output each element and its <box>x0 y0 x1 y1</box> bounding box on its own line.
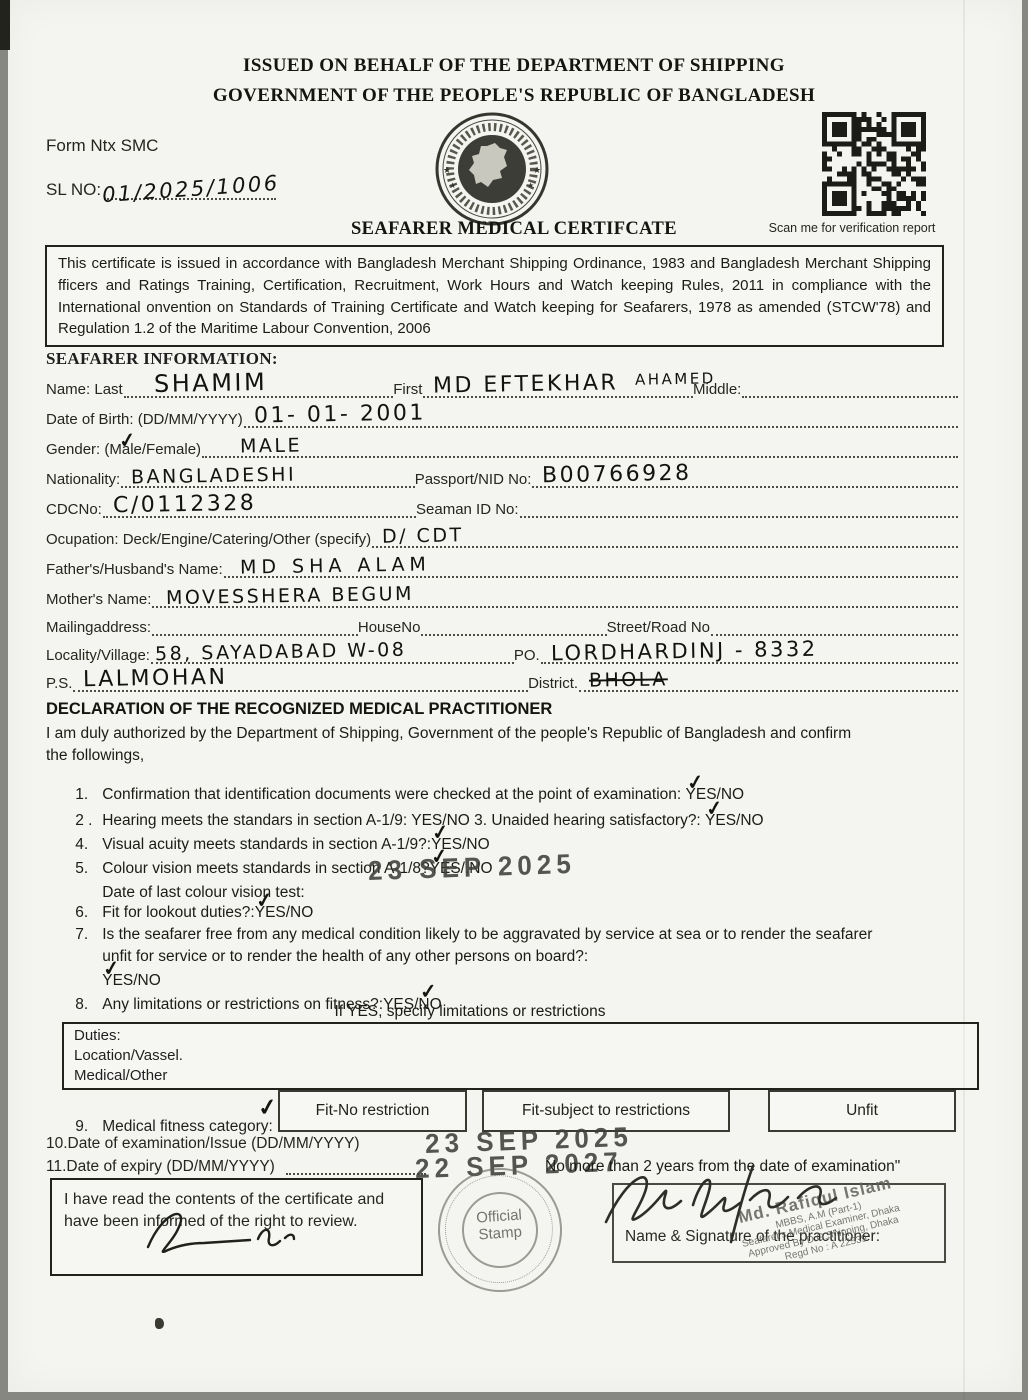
street-road-line <box>711 608 958 636</box>
po-value: LORDHARDINJ - 8332 <box>550 637 817 666</box>
father-name-value: MD SHA ALAM <box>239 553 430 578</box>
form-code: Form Ntx SMC <box>46 136 158 156</box>
duties-line-3: Medical/Other <box>74 1066 967 1086</box>
first-name-value: MD EFTEKHAR <box>433 370 619 398</box>
declaration-heading: DECLARATION OF THE RECOGNIZED MEDICAL PR… <box>46 700 552 719</box>
passport-label: Passport/NID No: <box>415 471 533 488</box>
header-line-1: ISSUED ON BEHALF OF THE DEPARTMENT OF SH… <box>0 55 1028 77</box>
scan-fold-line <box>963 0 965 1400</box>
nationality-value: BANGLADESHI <box>131 464 296 489</box>
name-row: Name: Last SHAMIM First MD EFTEKHAR AHAM… <box>46 372 958 398</box>
nationality-line: BANGLADESHI <box>121 460 415 488</box>
gender-value: MALE <box>240 434 302 457</box>
if-yes-note: If YES, specify limitations or restricti… <box>0 1003 940 1021</box>
ps-value: LALMOHAN <box>83 665 228 693</box>
mailing-address-line <box>152 608 358 636</box>
exam-date-label: 10.Date of examination/Issue (DD/MM/YYYY… <box>46 1135 360 1153</box>
father-name-label: Father's/Husband's Name: <box>46 561 224 578</box>
declaration-intro: I am duly authorized by the Department o… <box>46 723 876 768</box>
street-road-label: Street/Road No <box>607 619 711 636</box>
father-name-line: MD SHA ALAM <box>224 550 958 578</box>
dob-row: Date of Birth: (DD/MM/YYYY) 01- 01- 2001 <box>46 402 958 428</box>
serial-number-row: SL NO: 01/2025/1006 <box>46 172 276 202</box>
first-name-line: MD EFTEKHAR AHAMED <box>423 370 693 398</box>
fitness-checkmark-icon: ✓ <box>256 1093 279 1122</box>
intro-paragraph: This certificate is issued in accordance… <box>58 253 931 340</box>
first-name-extra-value: AHAMED <box>635 369 716 388</box>
seafarer-info-heading: SEAFARER INFORMATION: <box>46 349 278 369</box>
practitioner-signature <box>598 1160 898 1255</box>
scan-corner-artifact <box>0 0 10 50</box>
item-1-yes-checkmark-icon: ✓ <box>685 769 705 796</box>
district-label: District. <box>528 675 579 692</box>
mailing-address-label: Mailingaddress: <box>46 619 152 636</box>
serial-number-label: SL NO: <box>46 180 101 200</box>
middle-name-line <box>742 370 958 398</box>
locality-row: Locality/Village: 58, SAYADABAD W-08 PO.… <box>46 638 958 664</box>
dob-line: 01- 01- 2001 <box>244 400 958 428</box>
ps-label: P.S. <box>46 675 73 692</box>
fitness-option-2-label: Fit-subject to restrictions <box>522 1102 690 1120</box>
locality-label: Locality/Village: <box>46 647 151 664</box>
svg-text:★: ★ <box>533 165 541 175</box>
house-no-line <box>421 608 606 636</box>
gender-line: MALE <box>202 430 958 458</box>
duties-line-1: Duties: <box>74 1026 967 1046</box>
mother-name-value: MOVESSHERA BEGUM <box>166 583 414 609</box>
cdc-row: CDCNo: C/0112328 Seaman ID No: <box>46 492 958 518</box>
district-value: BHOLA <box>589 668 668 691</box>
locality-value: 58, SAYADABAD W-08 <box>155 639 407 665</box>
mother-name-row: Mother's Name: MOVESSHERA BEGUM <box>46 582 958 608</box>
occupation-line: D/ CDT <box>372 520 958 548</box>
passport-line: B00766928 <box>532 460 958 488</box>
gender-row: Gender: (Male/Female) MALE <box>46 432 958 458</box>
intro-paragraph-box: This certificate is issued in accordance… <box>45 245 944 347</box>
last-name-value: SHAMIM <box>153 368 267 398</box>
certificate-title: SEAFARER MEDICAL CERTIFCATE <box>0 219 1028 240</box>
district-line: BHOLA <box>579 664 958 692</box>
mailing-address-row: Mailingaddress: HouseNo Street/Road No <box>46 610 958 636</box>
svg-text:★: ★ <box>527 181 534 190</box>
nationality-row: Nationality: BANGLADESHI Passport/NID No… <box>46 462 958 488</box>
po-label: PO. <box>514 647 541 664</box>
first-name-label: First <box>393 381 423 398</box>
duties-line-2: Location/Vassel. <box>74 1046 967 1066</box>
cdc-line: C/0112328 <box>103 490 416 518</box>
government-seal-icon: ★ ★ ★ ★ <box>433 110 551 233</box>
gender-male-checkmark-icon: ✓ <box>117 427 137 454</box>
seaman-id-label: Seaman ID No: <box>416 501 520 518</box>
mother-name-label: Mother's Name: <box>46 591 152 608</box>
cdc-label: CDCNo: <box>46 501 103 518</box>
ink-blot-artifact <box>155 1318 164 1329</box>
cdc-value: C/0112328 <box>113 491 257 518</box>
passport-value: B00766928 <box>542 461 692 489</box>
ps-line: LALMOHAN <box>73 664 528 692</box>
fitness-label-text: Medical fitness category: <box>102 1118 273 1135</box>
fitness-option-fit-no-restriction: Fit-No restriction <box>278 1090 467 1132</box>
scanned-certificate-page: ISSUED ON BEHALF OF THE DEPARTMENT OF SH… <box>0 0 1028 1400</box>
item-8-no-checkmark-icon: ✓ <box>419 978 437 1004</box>
qr-code <box>822 112 926 221</box>
expiry-date-label: 11.Date of expiry (DD/MM/YYYY) <box>46 1158 275 1176</box>
locality-line: 58, SAYADABAD W-08 <box>151 636 514 664</box>
nationality-label: Nationality: <box>46 471 121 488</box>
expiry-dotted-line <box>286 1173 426 1175</box>
house-no-label: HouseNo <box>358 619 422 636</box>
ps-row: P.S. LALMOHAN District. BHOLA <box>46 666 958 692</box>
header-line-2: GOVERNMENT OF THE PEOPLE'S REPUBLIC OF B… <box>0 85 1028 107</box>
po-line: LORDHARDINJ - 8332 <box>541 636 958 664</box>
fitness-number: 9. <box>75 1118 102 1136</box>
seaman-id-line <box>520 490 958 518</box>
svg-text:★: ★ <box>449 181 456 190</box>
dob-value: 01- 01- 2001 <box>254 401 426 429</box>
item-3-yes-checkmark-icon: ✓ <box>704 795 724 822</box>
fitness-option-3-label: Unfit <box>846 1102 878 1120</box>
official-stamp: Official Stamp <box>434 1164 566 1296</box>
fitness-option-unfit: Unfit <box>768 1090 956 1132</box>
fitness-option-1-label: Fit-No restriction <box>316 1102 430 1120</box>
occupation-value: D/ CDT <box>382 524 464 547</box>
father-name-row: Father's/Husband's Name: MD SHA ALAM <box>46 552 958 578</box>
serial-number-value: 01/2025/1006 <box>101 171 280 207</box>
dob-label: Date of Birth: (DD/MM/YYYY) <box>46 411 244 428</box>
duties-box: Duties: Location/Vassel. Medical/Other <box>62 1022 979 1090</box>
mother-name-line: MOVESSHERA BEGUM <box>152 580 958 608</box>
item-7-text-line2: unfit for service or to render the healt… <box>102 948 588 965</box>
name-label: Name: Last <box>46 381 124 398</box>
svg-text:★: ★ <box>443 165 451 175</box>
expiry-date-row: 11.Date of expiry (DD/MM/YYYY) <box>46 1156 426 1178</box>
seafarer-signature <box>130 1203 320 1266</box>
last-name-line: SHAMIM <box>124 370 394 398</box>
occupation-label: Ocupation: Deck/Engine/Catering/Other (s… <box>46 531 372 548</box>
occupation-row: Ocupation: Deck/Engine/Catering/Other (s… <box>46 522 958 548</box>
